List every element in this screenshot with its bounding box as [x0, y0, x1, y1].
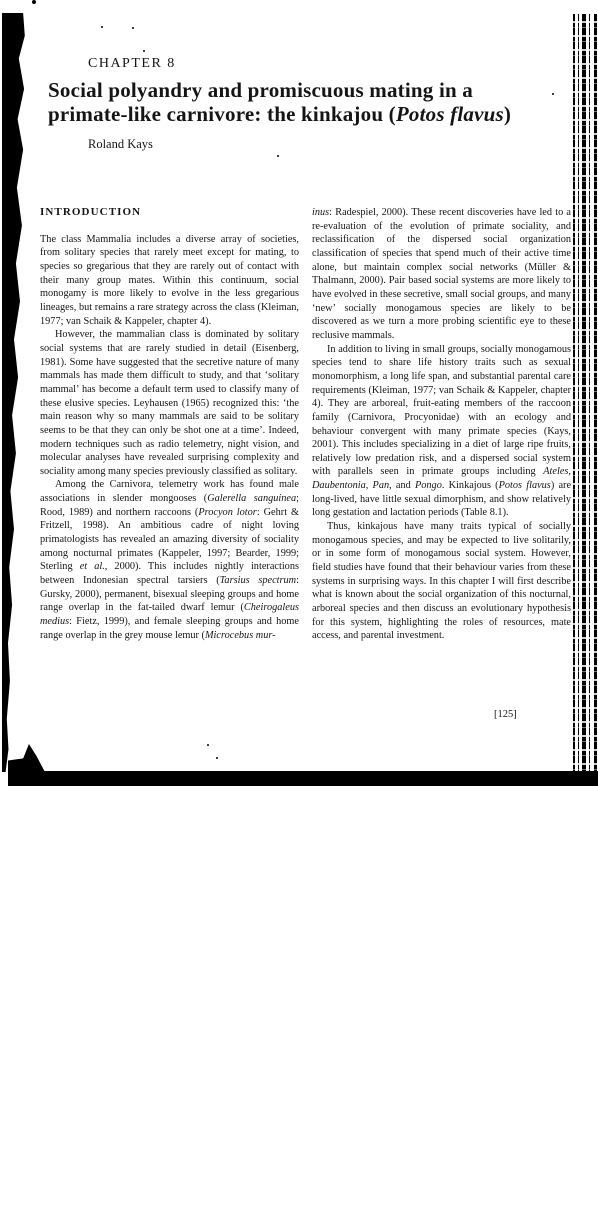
paragraph: Among the Carnivora, telemetry work has … — [40, 478, 299, 642]
scan-right-edge-band — [573, 14, 598, 774]
section-heading-introduction: INTRODUCTION — [40, 206, 299, 220]
paragraph: In addition to living in small groups, s… — [312, 343, 571, 521]
paragraph: However, the mammalian class is dominate… — [40, 328, 299, 478]
author-name: Roland Kays — [88, 137, 572, 152]
scan-speck — [132, 27, 134, 29]
right-column: inus: Radespiel, 2000). These recent dis… — [312, 206, 571, 643]
scan-speck — [207, 744, 209, 746]
paragraph: Thus, kinkajous have many traits typical… — [312, 520, 571, 643]
scan-speck — [143, 50, 145, 52]
scanned-book-page: CHAPTER 8 Social polyandry and promiscuo… — [0, 0, 598, 1224]
body-columns: INTRODUCTION The class Mammalia includes… — [40, 206, 571, 643]
chapter-title: Social polyandry and promiscuous mating … — [48, 79, 572, 126]
scan-speck — [32, 0, 36, 4]
scan-speck — [101, 26, 103, 28]
paragraph: The class Mammalia includes a diverse ar… — [40, 233, 299, 329]
chapter-label: CHAPTER 8 — [88, 56, 572, 72]
scan-bottom-bar — [8, 771, 598, 786]
chapter-header: CHAPTER 8 Social polyandry and promiscuo… — [48, 56, 572, 152]
chapter-title-line1: Social polyandry and promiscuous mating … — [48, 79, 572, 103]
paragraph: inus: Radespiel, 2000). These recent dis… — [312, 206, 571, 343]
page-number: [125] — [494, 709, 517, 720]
scan-left-edge-band — [2, 13, 26, 772]
scan-speck — [216, 757, 218, 759]
scan-speck — [277, 155, 279, 157]
chapter-title-line2: primate-like carnivore: the kinkajou (Po… — [48, 103, 572, 127]
scan-ink-blob — [8, 744, 46, 774]
left-column: INTRODUCTION The class Mammalia includes… — [40, 206, 299, 643]
